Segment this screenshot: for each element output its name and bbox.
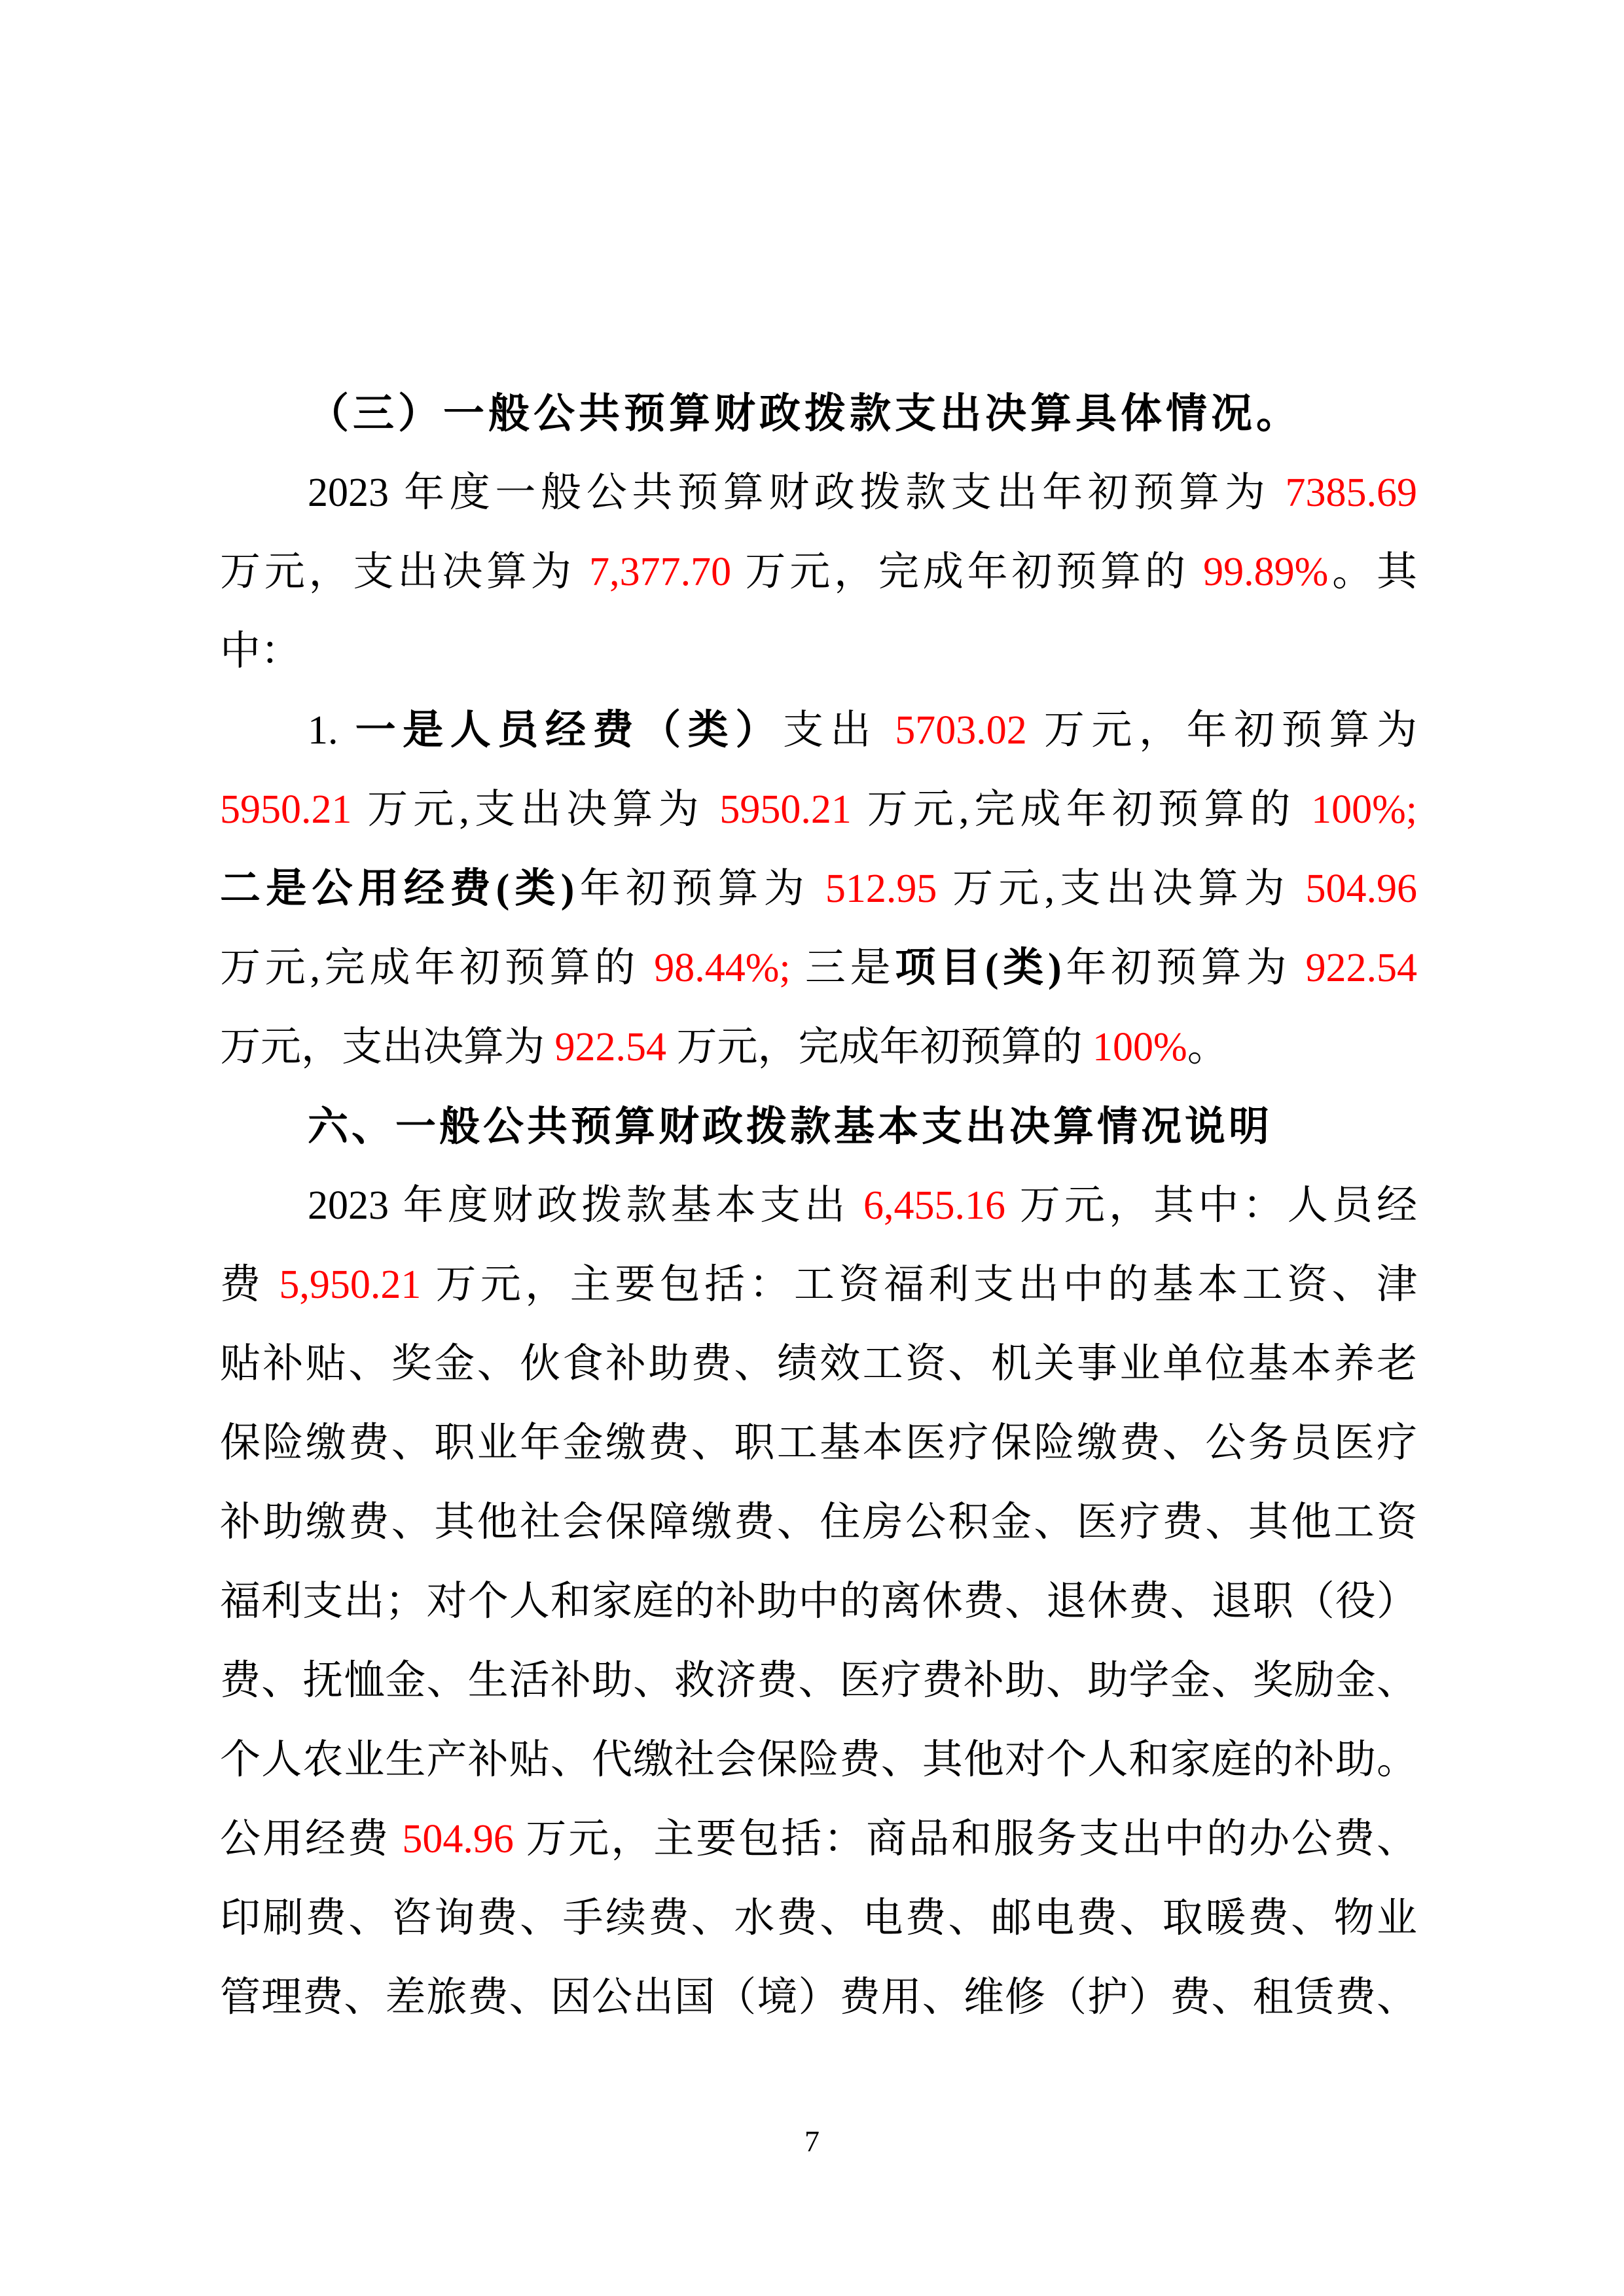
highlighted-figure: 7385.69 bbox=[1286, 471, 1418, 515]
text-line: 印刷费、咨询费、手续费、水费、电费、邮电费、取暖费、物业 bbox=[220, 1879, 1417, 1958]
text-line: 福利支出；对个人和家庭的补助中的离休费、退休费、退职（役） bbox=[220, 1562, 1417, 1641]
text-segment: 费 bbox=[220, 1263, 279, 1307]
text-line: 1. 一是人员经费（类）支出 5703.02 万元，年初预算为 bbox=[220, 691, 1417, 770]
highlighted-figure: 922.54 bbox=[555, 1025, 667, 1069]
highlighted-figure: 504.96 bbox=[402, 1817, 514, 1861]
text-line: 2023 年度财政拨款基本支出 6,455.16 万元，其中：人员经 bbox=[220, 1166, 1417, 1246]
text-line: 六、一般公共预算财政拨款基本支出决算情况说明 bbox=[220, 1087, 1417, 1166]
highlighted-figure: 100% bbox=[1092, 1025, 1187, 1069]
text-line: 管理费、差旅费、因公出国（境）费用、维修（护）费、租赁费、 bbox=[220, 1958, 1417, 2037]
highlighted-figure: 922.54 bbox=[1305, 946, 1417, 990]
text-segment: 保险缴费、职业年金缴费、职工基本医疗保险缴费、公务员医疗 bbox=[220, 1421, 1417, 1465]
highlighted-figure: 5703.02 bbox=[895, 708, 1027, 753]
highlighted-figure: 100%; bbox=[1311, 787, 1417, 832]
highlighted-figure: 5950.21 bbox=[719, 787, 852, 832]
text-segment: 1. bbox=[308, 708, 355, 753]
text-segment: 费、抚恤金、生活补助、救济费、医疗费补助、助学金、奖励金、 bbox=[220, 1659, 1417, 1703]
text-block: （三）一般公共预算财政拨款支出决算具体情况。2023 年度一般公共预算财政拨款支… bbox=[220, 374, 1417, 2037]
text-segment: （三）一般公共预算财政拨款支出决算具体情况。 bbox=[308, 391, 1301, 437]
text-segment: 2023 年度一般公共预算财政拨款支出年初预算为 bbox=[308, 471, 1286, 515]
text-segment: 万元，支出决算为 bbox=[220, 1025, 555, 1069]
text-line: 个人农业生产补贴、代缴社会保险费、其他对个人和家庭的补助。 bbox=[220, 1721, 1417, 1800]
text-segment: 2023 年度财政拨款基本支出 bbox=[308, 1183, 863, 1228]
text-segment: 个人农业生产补贴、代缴社会保险费、其他对个人和家庭的补助。 bbox=[220, 1738, 1417, 1782]
document-page: （三）一般公共预算财政拨款支出决算具体情况。2023 年度一般公共预算财政拨款支… bbox=[0, 0, 1624, 2296]
text-segment: 三是 bbox=[791, 946, 895, 990]
text-segment: 年初预算为 bbox=[574, 867, 825, 911]
text-line: 二是公用经费(类)年初预算为 512.95 万元,支出决算为 504.96 bbox=[220, 850, 1417, 929]
text-segment: 补助缴费、其他社会保障缴费、住房公积金、医疗费、其他工资 bbox=[220, 1500, 1417, 1545]
text-segment: 万元，年初预算为 bbox=[1027, 708, 1417, 753]
highlighted-figure: 6,455.16 bbox=[863, 1183, 1005, 1228]
highlighted-figure: 512.95 bbox=[825, 867, 937, 911]
text-line: 费、抚恤金、生活补助、救济费、医疗费补助、助学金、奖励金、 bbox=[220, 1641, 1417, 1721]
text-segment: 。 bbox=[1187, 1025, 1228, 1069]
highlighted-figure: 99.89% bbox=[1203, 550, 1328, 594]
highlighted-figure: 98.44%; bbox=[654, 946, 790, 990]
highlighted-figure: 7,377.70 bbox=[589, 550, 731, 594]
text-segment: 项目(类) bbox=[895, 946, 1061, 990]
text-line: 保险缴费、职业年金缴费、职工基本医疗保险缴费、公务员医疗 bbox=[220, 1404, 1417, 1483]
text-segment: 支出 bbox=[783, 708, 895, 753]
text-segment: 万元，其中：人员经 bbox=[1005, 1183, 1417, 1228]
text-segment: 福利支出；对个人和家庭的补助中的离休费、退休费、退职（役） bbox=[220, 1579, 1417, 1624]
text-segment: 万元,支出决算为 bbox=[937, 867, 1305, 911]
highlighted-figure: 5950.21 bbox=[220, 787, 352, 832]
text-segment: 公用经费 bbox=[220, 1817, 402, 1861]
text-segment: 万元,完成年初预算的 bbox=[852, 787, 1311, 832]
text-line: 贴补贴、奖金、伙食补助费、绩效工资、机关事业单位基本养老 bbox=[220, 1325, 1417, 1404]
page-number: 7 bbox=[0, 2123, 1624, 2160]
text-line: 万元，支出决算为 922.54 万元，完成年初预算的 100%。 bbox=[220, 1008, 1417, 1087]
text-segment: 二是公用经费(类) bbox=[220, 867, 574, 911]
text-segment: 印刷费、咨询费、手续费、水费、电费、邮电费、取暖费、物业 bbox=[220, 1896, 1417, 1941]
text-segment: 万元，主要包括：商品和服务支出中的办公费、 bbox=[514, 1817, 1417, 1861]
text-segment: 年初预算为 bbox=[1062, 946, 1306, 990]
text-segment: 六、一般公共预算财政拨款基本支出决算情况说明 bbox=[308, 1104, 1272, 1149]
text-segment: 。其 bbox=[1328, 550, 1417, 594]
text-line: 中： bbox=[220, 612, 1417, 691]
text-line: （三）一般公共预算财政拨款支出决算具体情况。 bbox=[220, 374, 1417, 454]
text-segment: 万元,完成年初预算的 bbox=[220, 946, 654, 990]
text-segment: 万元，主要包括：工资福利支出中的基本工资、津 bbox=[421, 1263, 1417, 1307]
text-line: 补助缴费、其他社会保障缴费、住房公积金、医疗费、其他工资 bbox=[220, 1483, 1417, 1562]
text-line: 2023 年度一般公共预算财政拨款支出年初预算为 7385.69 bbox=[220, 454, 1417, 533]
text-line: 万元，支出决算为 7,377.70 万元，完成年初预算的 99.89%。其 bbox=[220, 533, 1417, 612]
text-line: 费 5,950.21 万元，主要包括：工资福利支出中的基本工资、津 bbox=[220, 1246, 1417, 1325]
text-segment: 贴补贴、奖金、伙食补助费、绩效工资、机关事业单位基本养老 bbox=[220, 1342, 1417, 1386]
text-segment: 中： bbox=[220, 629, 301, 673]
text-line: 5950.21 万元,支出决算为 5950.21 万元,完成年初预算的 100%… bbox=[220, 770, 1417, 850]
text-segment: 一是人员经费（类） bbox=[355, 708, 783, 753]
text-segment: 万元，完成年初预算的 bbox=[731, 550, 1203, 594]
text-line: 万元,完成年初预算的 98.44%; 三是项目(类)年初预算为 922.54 bbox=[220, 929, 1417, 1008]
highlighted-figure: 504.96 bbox=[1305, 867, 1417, 911]
text-segment: 万元，支出决算为 bbox=[220, 550, 589, 594]
text-line: 公用经费 504.96 万元，主要包括：商品和服务支出中的办公费、 bbox=[220, 1800, 1417, 1879]
text-segment: 万元，完成年初预算的 bbox=[666, 1025, 1092, 1069]
highlighted-figure: 5,950.21 bbox=[279, 1263, 421, 1307]
text-segment: 管理费、差旅费、因公出国（境）费用、维修（护）费、租赁费、 bbox=[220, 1975, 1417, 2020]
text-segment: 万元,支出决算为 bbox=[352, 787, 720, 832]
